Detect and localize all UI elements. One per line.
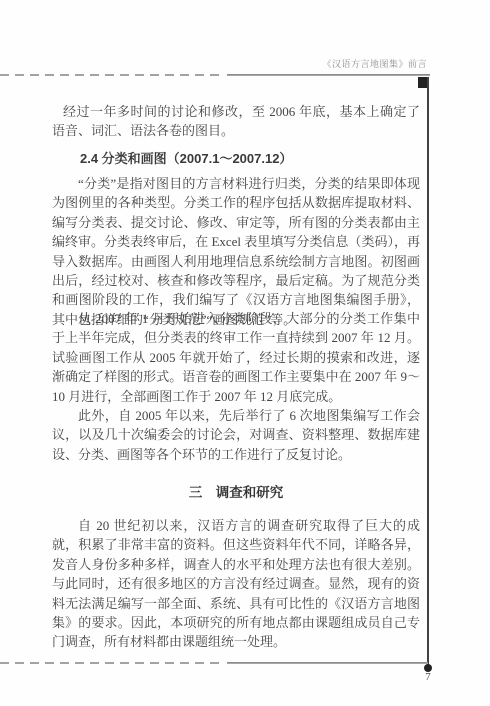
paragraph-survey: 自 20 世纪初以来，汉语方言的调查研究取得了巨大的成就，积累了非常丰富的资料。… — [52, 516, 420, 652]
paragraph-timeline: 从 2007 年 1 月开始进入分类阶段，大部分的分类工作集中于上半年完成，但分… — [52, 309, 420, 406]
top-solid-rule — [227, 74, 430, 76]
book-page: 《汉语方言地图集》前言 经过一年多时间的讨论和修改，至 2006 年底，基本上确… — [0, 0, 490, 706]
top-dashed-rule — [0, 74, 223, 76]
paragraph-classification: “分类”是指对图目的方言材料进行归类，分类的结果即体现为图例里的各种类型。分类工… — [52, 174, 420, 329]
bottom-dashed-rule — [0, 662, 223, 664]
right-border-line — [427, 77, 429, 666]
paragraph-continuation: 经过一年多时间的讨论和修改，至 2006 年底，基本上确定了语音、词汇、语法各卷… — [52, 102, 420, 141]
section-heading-survey-research: 三 调查和研究 — [52, 483, 420, 502]
bottom-solid-rule — [227, 662, 428, 664]
running-head-title: 《汉语方言地图集》前言 — [0, 58, 427, 70]
paragraph-meetings: 此外，自 2005 年以来，先后举行了 6 次地图集编写工作会议，以及几十次编委… — [52, 406, 420, 464]
subsection-heading-2-4: 2.4 分类和画图（2007.1～2007.12） — [52, 149, 420, 168]
page-number: 7 — [418, 671, 438, 683]
